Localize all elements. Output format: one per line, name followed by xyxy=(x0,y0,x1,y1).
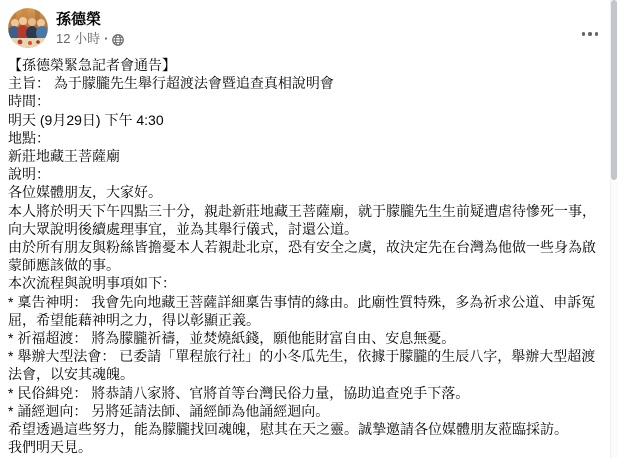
post-text-line: 新莊地藏王菩薩廟 xyxy=(8,147,600,165)
post-text-line: 地點： xyxy=(8,129,600,147)
post-text-line: 主旨： 為于朦朧先生舉行超渡法會暨追查真相說明會 xyxy=(8,74,600,92)
post-text-line: 各位媒體朋友，大家好。 xyxy=(8,183,600,201)
globe-icon xyxy=(112,34,124,46)
post-body-text: 【孫德榮緊急記者會通告】主旨： 為于朦朧先生舉行超渡法會暨追查真相說明會時間：明… xyxy=(8,56,600,456)
post-text-line: * 稟告神明： 我會先向地藏王菩薩詳細稟告事情的緣由。此廟性質特殊，多為祈求公道… xyxy=(8,293,600,329)
post-header: 孫德榮 12 小時 · xyxy=(8,8,610,52)
avatar[interactable] xyxy=(8,8,48,48)
ellipsis-icon xyxy=(582,32,599,36)
post-text-line: 我們明天見。 xyxy=(8,438,600,456)
facebook-post-card: 孫德榮 12 小時 · 【孫德榮緊急記者 xyxy=(0,0,618,458)
post-text-line: 本次流程與說明事項如下： xyxy=(8,274,600,292)
post-text-line: * 舉辦大型法會： 已委請「單程旅行社」的小冬瓜先生，依據于朦朧的生辰八字，舉辦… xyxy=(8,347,600,383)
scrollbar-track[interactable] xyxy=(610,0,618,458)
post-text-line: * 民俗緝兇： 將恭請八家將、官將首等台灣民俗力量，協助追查兇手下落。 xyxy=(8,384,600,402)
post-text-line: * 誦經迴向： 另將延請法師、誦經師為他誦經迴向。 xyxy=(8,402,600,420)
post-meta-row: 12 小時 · xyxy=(56,31,124,47)
post-text-line: 【孫德榮緊急記者會通告】 xyxy=(8,56,600,74)
meta-separator: · xyxy=(104,31,108,47)
timestamp[interactable]: 12 小時 xyxy=(56,31,100,47)
scrollbar-thumb[interactable] xyxy=(611,0,617,180)
header-meta: 孫德榮 12 小時 · xyxy=(56,8,124,47)
post-text-line: 時間： xyxy=(8,92,600,110)
post-text-line: 本人將於明天下午四點三十分，親赴新莊地藏王菩薩廟，就于朦朧先生生前疑遭虐待慘死一… xyxy=(8,202,600,238)
avatar-photo xyxy=(8,8,48,48)
post-text-line: 說明： xyxy=(8,165,600,183)
more-options-button[interactable] xyxy=(576,20,604,48)
post-text-line: 由於所有朋友與粉絲皆擔憂本人若親赴北京，恐有安全之虞，故決定先在台灣為他做一些身… xyxy=(8,238,600,274)
author-name[interactable]: 孫德榮 xyxy=(56,10,124,29)
post-text-line: * 祈福超渡： 將為朦朧祈禱，並焚燒紙錢，願他能財富自由、安息無憂。 xyxy=(8,329,600,347)
post-text-line: 明天 (9月29日) 下午 4:30 xyxy=(8,111,600,129)
post-text-line: 希望透過這些努力，能為朦朧找回魂魄，慰其在天之靈。誠摯邀請各位媒體朋友蒞臨採訪。 xyxy=(8,420,600,438)
